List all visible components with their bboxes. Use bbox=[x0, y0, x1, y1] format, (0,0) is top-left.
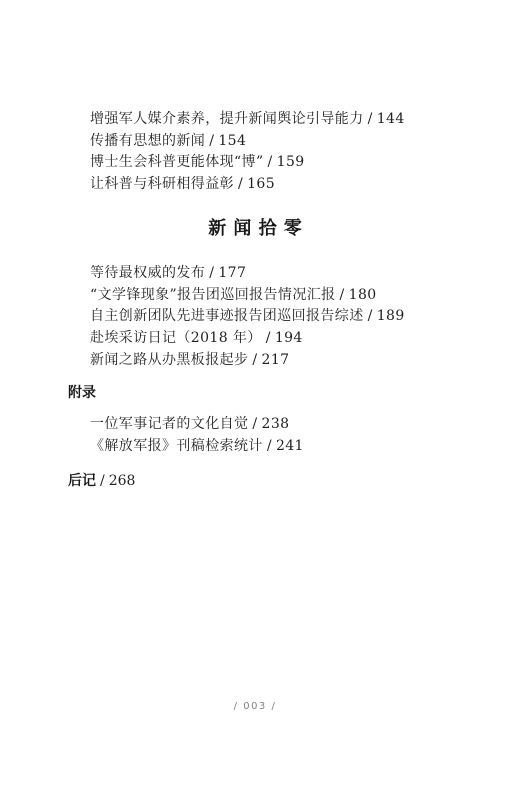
toc-entry-page: 241 bbox=[276, 438, 304, 454]
toc-entry: 博士生会科普更能体现“博”/159 bbox=[90, 152, 405, 174]
toc-entry-separator: / bbox=[340, 287, 345, 303]
toc-entry-page: 159 bbox=[277, 154, 305, 170]
toc-entry-separator: / bbox=[252, 416, 257, 432]
toc-entry-title: 增强军人媒介素养，提升新闻舆论引导能力 bbox=[90, 111, 364, 127]
toc-entry-page: 177 bbox=[218, 265, 246, 281]
toc-entry-page: 165 bbox=[247, 176, 275, 192]
toc-entry: 增强军人媒介素养，提升新闻舆论引导能力/144 bbox=[90, 109, 405, 131]
toc-entry-page: 189 bbox=[377, 308, 405, 324]
postscript-separator: / bbox=[100, 473, 105, 489]
book-toc-page: 增强军人媒介素养，提升新闻舆论引导能力/144 传播有思想的新闻/154 博士生… bbox=[0, 0, 510, 800]
toc-entry: 自主创新团队先进事迹报告团巡回报告综述/189 bbox=[90, 306, 405, 328]
toc-entry-title: 等待最权威的发布 bbox=[90, 265, 205, 281]
toc-entry-page: 180 bbox=[349, 287, 377, 303]
postscript-label: 后记 bbox=[68, 473, 96, 489]
toc-part-group: 等待最权威的发布/177 “文学锋现象”报告团巡回报告情况汇报/180 自主创新… bbox=[90, 263, 405, 371]
toc-entry-page: 238 bbox=[262, 416, 290, 432]
toc-entry-separator: / bbox=[368, 308, 373, 324]
toc-entry-separator: / bbox=[267, 438, 272, 454]
toc-entry-title: 一位军事记者的文化自觉 bbox=[90, 416, 248, 432]
postscript-heading: 后记/268 bbox=[68, 471, 135, 491]
toc-entry-title: 传播有思想的新闻 bbox=[90, 133, 205, 149]
toc-entry-separator: / bbox=[238, 176, 243, 192]
toc-entry-separator: / bbox=[209, 133, 214, 149]
toc-entry-separator: / bbox=[368, 111, 373, 127]
toc-entry-title: 赴埃采访日记（2018 年） bbox=[90, 330, 262, 346]
toc-entry-page: 154 bbox=[218, 133, 246, 149]
toc-entry: 《解放军报》刊稿检索统计/241 bbox=[90, 436, 304, 458]
toc-entry-page: 194 bbox=[275, 330, 303, 346]
page-number: / 003 / bbox=[0, 700, 510, 714]
toc-entry: 赴埃采访日记（2018 年）/194 bbox=[90, 328, 405, 350]
toc-entry: 让科普与科研相得益彰/165 bbox=[90, 174, 405, 196]
toc-entry-separator: / bbox=[268, 154, 273, 170]
appendix-heading: 附录 bbox=[68, 383, 96, 403]
toc-entry-title: 让科普与科研相得益彰 bbox=[90, 176, 234, 192]
toc-entry-title: 自主创新团队先进事迹报告团巡回报告综述 bbox=[90, 308, 364, 324]
toc-entry-title: “文学锋现象”报告团巡回报告情况汇报 bbox=[90, 287, 336, 303]
toc-entry-separator: / bbox=[209, 265, 214, 281]
toc-appendix-group: 一位军事记者的文化自觉/238 《解放军报》刊稿检索统计/241 bbox=[90, 414, 304, 457]
postscript-page: 268 bbox=[109, 473, 136, 489]
toc-entry-title: 博士生会科普更能体现“博” bbox=[90, 154, 264, 170]
toc-entry-separator: / bbox=[252, 352, 257, 368]
toc-entry: “文学锋现象”报告团巡回报告情况汇报/180 bbox=[90, 285, 405, 307]
toc-entry-title: 《解放军报》刊稿检索统计 bbox=[90, 438, 263, 454]
toc-entry-page: 217 bbox=[262, 352, 290, 368]
toc-entry: 新闻之路从办黑板报起步/217 bbox=[90, 350, 405, 372]
toc-entry-page: 144 bbox=[377, 111, 405, 127]
toc-entry-title: 新闻之路从办黑板报起步 bbox=[90, 352, 248, 368]
toc-entry-separator: / bbox=[266, 330, 271, 346]
toc-entry: 传播有思想的新闻/154 bbox=[90, 131, 405, 153]
toc-entry: 一位军事记者的文化自觉/238 bbox=[90, 414, 304, 436]
toc-entry: 等待最权威的发布/177 bbox=[90, 263, 405, 285]
part-title: 新闻拾零 bbox=[0, 217, 510, 241]
toc-intro-group: 增强军人媒介素养，提升新闻舆论引导能力/144 传播有思想的新闻/154 博士生… bbox=[90, 109, 405, 196]
